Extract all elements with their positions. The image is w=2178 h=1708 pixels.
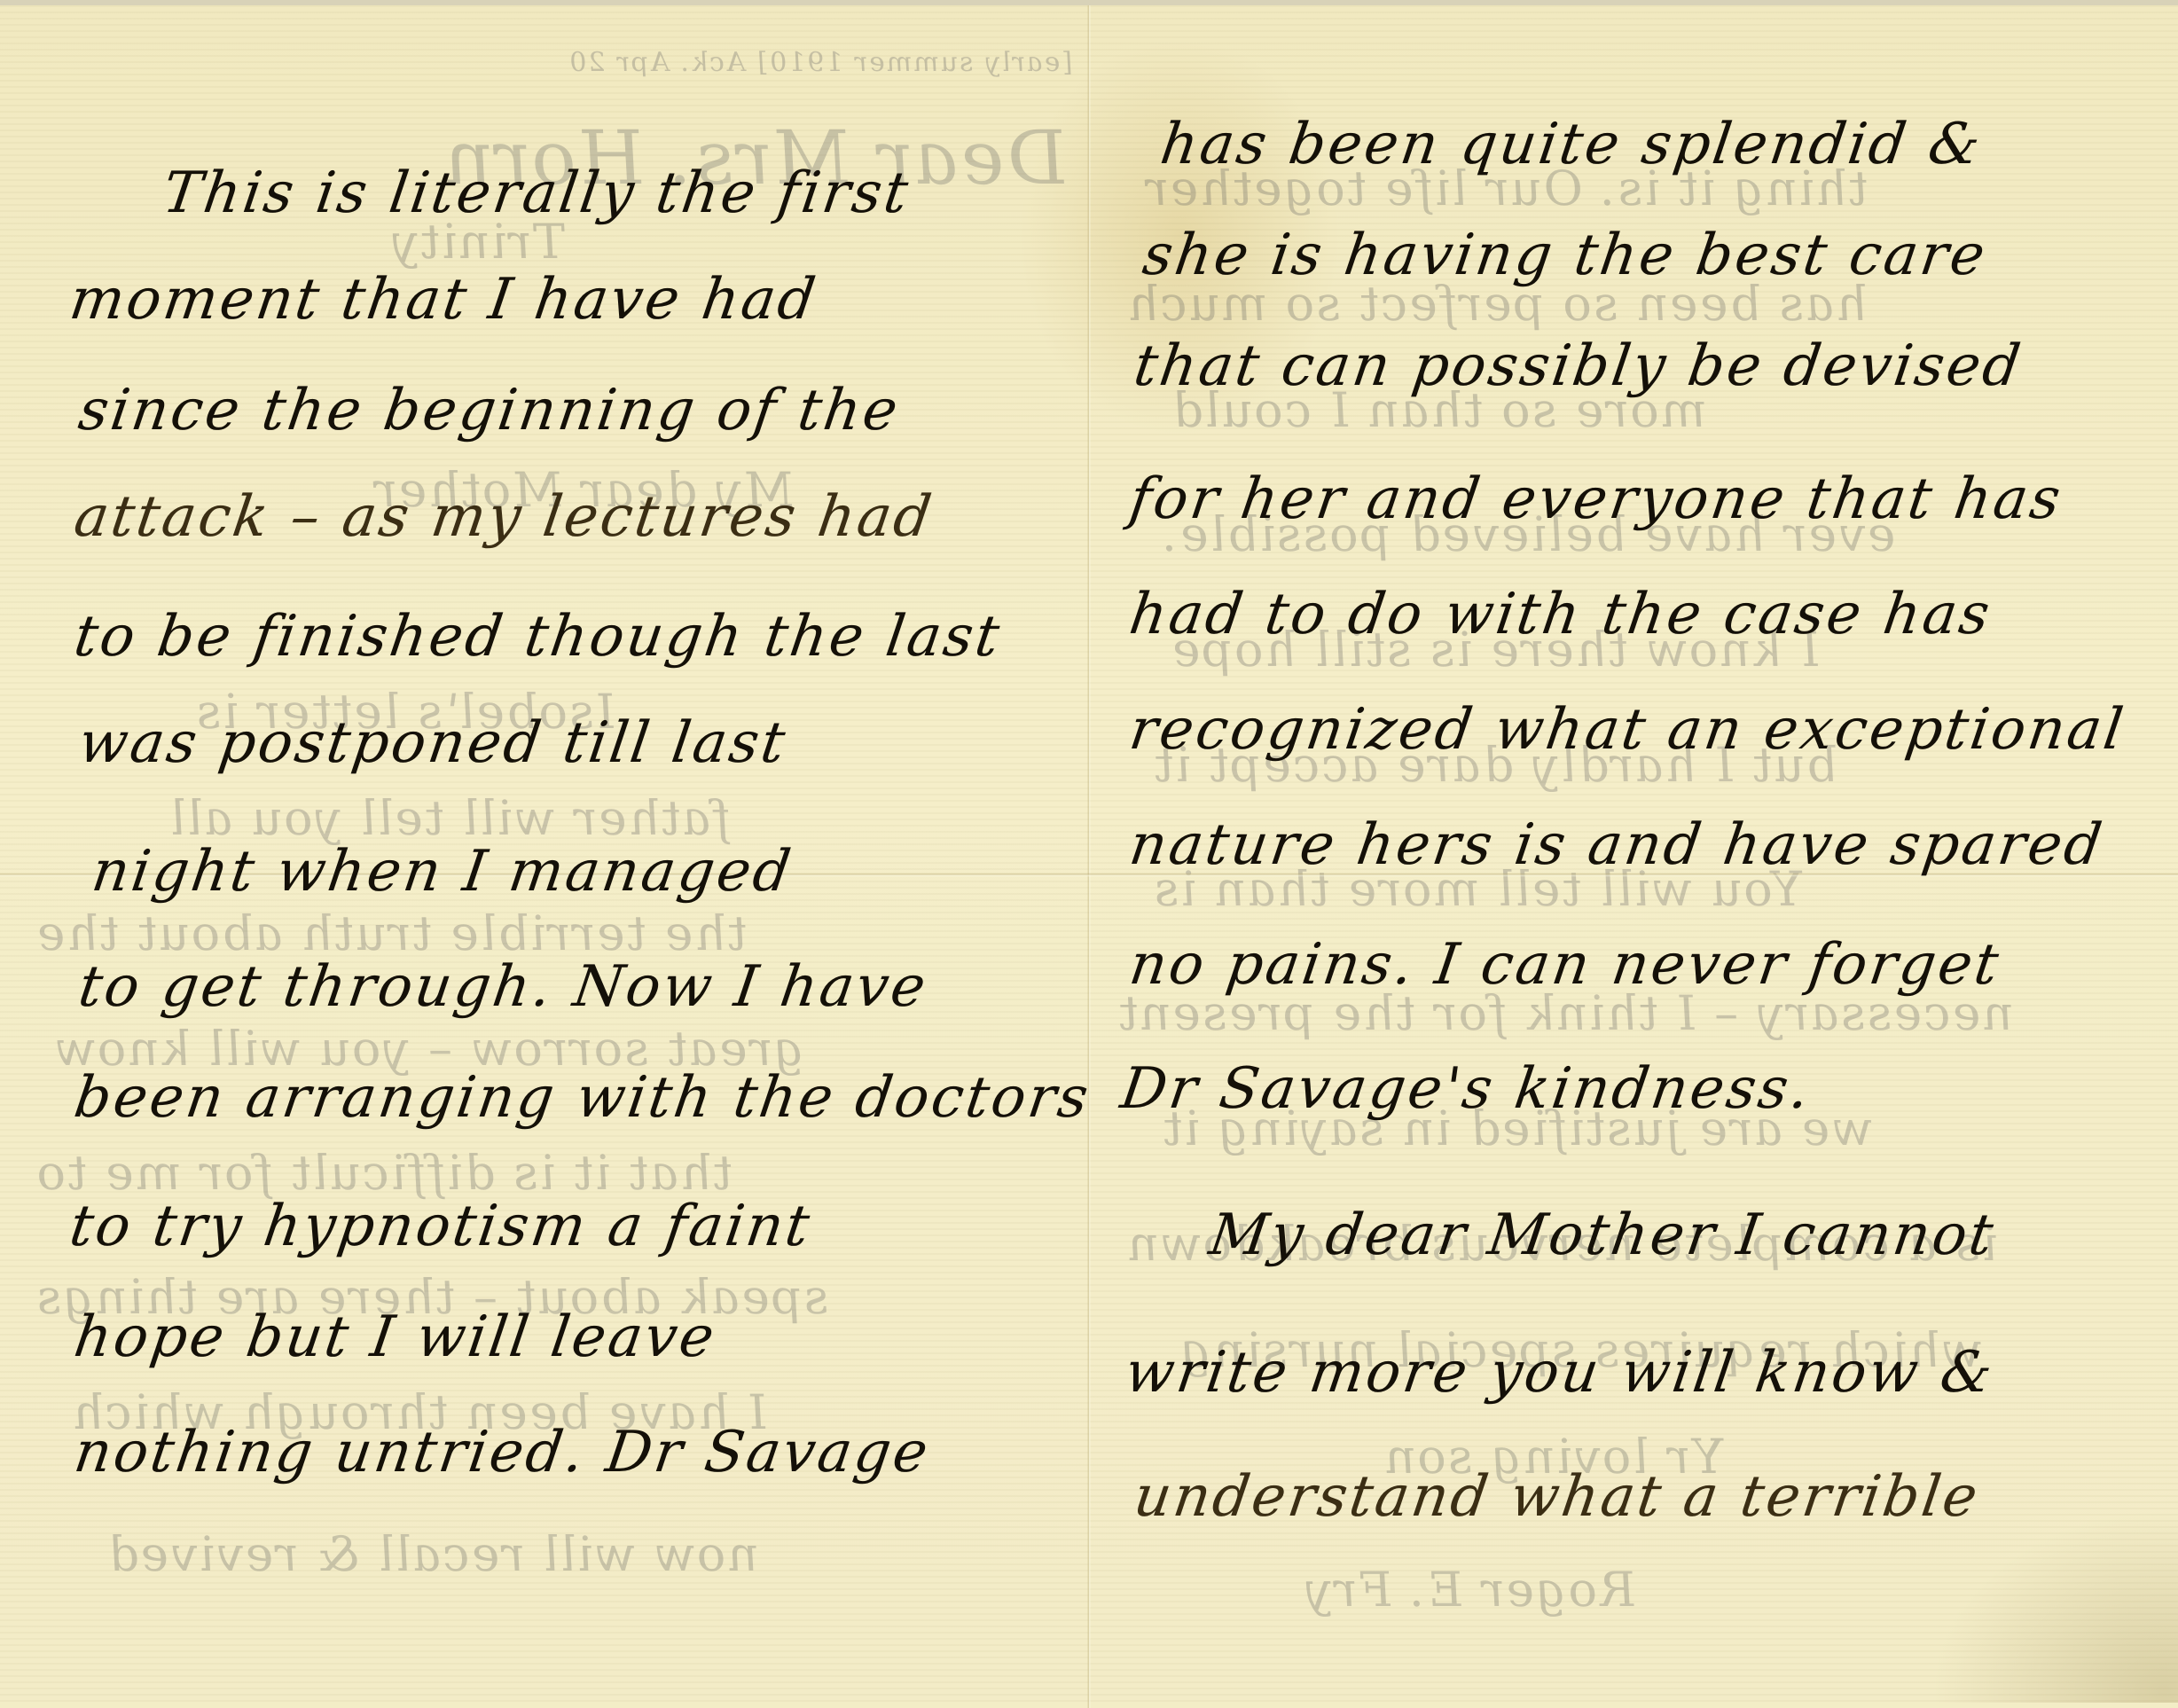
text-line: to get through. Now I have <box>75 959 931 1015</box>
text-line: since the beginning of the <box>75 382 904 439</box>
text-line: night when I managed <box>89 843 796 900</box>
text-line: had to do with the case has <box>1126 586 1995 643</box>
text-line: was postponed till last <box>75 715 791 772</box>
text-line: hope but I will leave <box>71 1309 720 1366</box>
text-line: understand what a terrible <box>1131 1469 1983 1525</box>
text-line: This is literally the first <box>160 165 913 222</box>
text-line: that can possibly be devised <box>1131 338 2026 395</box>
text-line: write more you will know & <box>1122 1344 1998 1401</box>
text-line: Dr Savage's kindness. <box>1117 1061 1815 1117</box>
letter-sheet: [early summer 1910] Ack. Apr 20 Dear Mrs… <box>0 0 2178 1703</box>
text-line: for her and everyone that has <box>1126 471 2066 528</box>
text-line: moment that I have had <box>67 271 821 328</box>
text-line: My dear Mother I cannot <box>1206 1207 1999 1264</box>
text-line: recognized what an exceptional <box>1126 701 2129 758</box>
text-line: to be finished though the last <box>71 608 1005 665</box>
page-left: This is literally the first moment that … <box>0 5 1087 1703</box>
text-line: to try hypnotism a faint <box>67 1198 815 1255</box>
text-line: she is having the best care <box>1140 227 1991 284</box>
text-line: attack – as my lectures had <box>71 489 937 545</box>
text-line: no pains. I can never forget <box>1126 936 2004 993</box>
text-line: been arranging with the doctors <box>71 1069 1094 1126</box>
text-line: nature hers is and have spared <box>1126 817 2107 874</box>
text-line: nothing untried. Dr Savage <box>71 1424 934 1481</box>
text-line: has been quite splendid & <box>1157 116 1986 173</box>
page-right: has been quite splendid & she is having … <box>1091 5 2178 1703</box>
